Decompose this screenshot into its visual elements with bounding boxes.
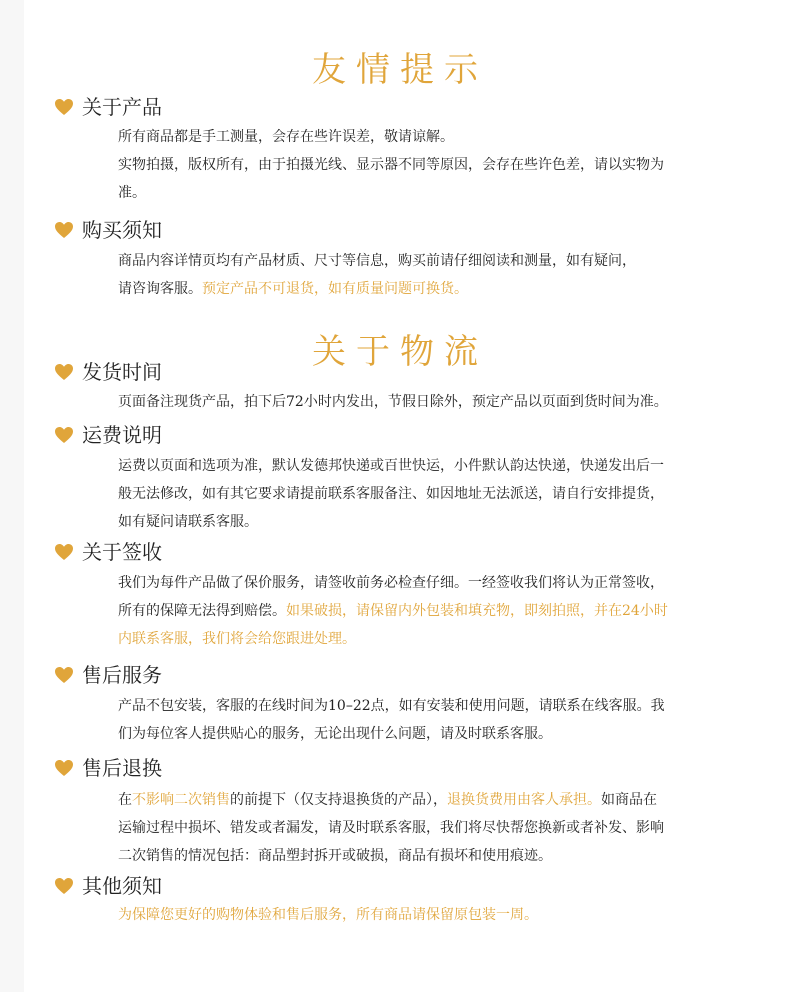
heading-label: 运费说明 — [82, 421, 162, 449]
text-line: 为保障您更好的购物体验和售后服务，所有商品请保留原包装一周。 — [118, 901, 738, 929]
body-text: 们为每位客人提供贴心的服务，无论出现什么问题，请及时联系客服。 — [118, 726, 552, 742]
heading-label: 购买须知 — [82, 216, 162, 244]
text-line: 在不影响二次销售的前提下（仅支持退换货的产品），退换货费用由客人承担。如商品在 — [118, 786, 738, 814]
text-line: 内联系客服，我们将会给您跟进处理。 — [118, 625, 738, 653]
body-text: 如有疑问请联系客服。 — [118, 514, 258, 530]
section-heading-after-sales: 售后服务 — [54, 661, 162, 689]
heart-icon — [54, 98, 74, 116]
body-text: 准。 — [118, 185, 146, 201]
text-line: 实物拍摄，版权所有，由于拍摄光线、显示器不同等原因，会存在些许色差，请以实物为 — [118, 151, 738, 179]
section-body-purchase: 商品内容详情页均有产品材质、尺寸等信息，购买前请仔细阅读和测量，如有疑问，请咨询… — [118, 247, 738, 303]
body-text: 页面备注现货产品，拍下后72小时内发出，节假日除外，预定产品以页面到货时间为准。 — [118, 394, 668, 410]
body-text: 所有商品都是手工测量，会存在些许误差，敬请谅解。 — [118, 129, 454, 145]
text-line: 运输过程中损坏、错发或者漏发，请及时联系客服，我们将尽快帮您换新或者补发、影响 — [118, 814, 738, 842]
heart-icon — [54, 363, 74, 381]
highlighted-text: 内联系客服，我们将会给您跟进处理。 — [118, 631, 356, 647]
highlighted-text: 不影响二次销售 — [132, 792, 230, 808]
body-text: 请咨询客服。 — [118, 281, 202, 297]
highlighted-text: 为保障您更好的购物体验和售后服务，所有商品请保留原包装一周。 — [118, 907, 538, 923]
body-text: 所有的保障无法得到赔偿。 — [118, 603, 286, 619]
body-text: 的前提下（仅支持退换货的产品）， — [230, 792, 447, 808]
text-line: 所有的保障无法得到赔偿。如果破损，请保留内外包装和填充物，即刻拍照，并在24小时 — [118, 597, 738, 625]
section-body-shipping-time: 页面备注现货产品，拍下后72小时内发出，节假日除外，预定产品以页面到货时间为准。 — [118, 388, 738, 416]
section-body-signing: 我们为每件产品做了保价服务，请签收前务必检查仔细。一经签收我们将认为正常签收，所… — [118, 569, 738, 653]
text-line: 般无法修改，如有其它要求请提前联系客服备注、如因地址无法派送，请自行安排提货， — [118, 480, 738, 508]
body-text: 商品内容详情页均有产品材质、尺寸等信息，购买前请仔细阅读和测量，如有疑问， — [118, 253, 636, 269]
section-heading-shipping-fee: 运费说明 — [54, 421, 162, 449]
heading-label: 关于签收 — [82, 538, 162, 566]
body-text: 我们为每件产品做了保价服务，请签收前务必检查仔细。一经签收我们将认为正常签收， — [118, 575, 664, 591]
section-heading-returns: 售后退换 — [54, 754, 162, 782]
section-body-after-sales: 产品不包安装，客服的在线时间为10–22点，如有安装和使用问题，请联系在线客服。… — [118, 692, 738, 748]
heart-icon — [54, 426, 74, 444]
left-margin-strip — [0, 0, 24, 992]
text-line: 请咨询客服。预定产品不可退货，如有质量问题可换货。 — [118, 275, 738, 303]
tips-title: 友情提示 — [0, 50, 800, 90]
heading-label: 关于产品 — [82, 93, 162, 121]
text-line: 商品内容详情页均有产品材质、尺寸等信息，购买前请仔细阅读和测量，如有疑问， — [118, 247, 738, 275]
section-body-shipping-fee: 运费以页面和选项为准，默认发德邦快递或百世快运，小件默认韵达快递，快递发出后一般… — [118, 452, 738, 536]
body-text: 二次销售的情况包括：商品塑封拆开或破损，商品有损坏和使用痕迹。 — [118, 848, 552, 864]
text-line: 产品不包安装，客服的在线时间为10–22点，如有安装和使用问题，请联系在线客服。… — [118, 692, 738, 720]
section-heading-purchase: 购买须知 — [54, 216, 162, 244]
heading-label: 其他须知 — [82, 872, 162, 900]
text-line: 所有商品都是手工测量，会存在些许误差，敬请谅解。 — [118, 123, 738, 151]
body-text: 在 — [118, 792, 132, 808]
text-line: 二次销售的情况包括：商品塑封拆开或破损，商品有损坏和使用痕迹。 — [118, 842, 738, 870]
text-line: 如有疑问请联系客服。 — [118, 508, 738, 536]
section-heading-signing: 关于签收 — [54, 538, 162, 566]
body-text: 实物拍摄，版权所有，由于拍摄光线、显示器不同等原因，会存在些许色差，请以实物为 — [118, 157, 664, 173]
heart-icon — [54, 877, 74, 895]
section-heading-shipping-time: 发货时间 — [54, 358, 162, 386]
heading-label: 售后退换 — [82, 754, 162, 782]
section-body-product: 所有商品都是手工测量，会存在些许误差，敬请谅解。实物拍摄，版权所有，由于拍摄光线… — [118, 123, 738, 207]
highlighted-text: 预定产品不可退货，如有质量问题可换货。 — [202, 281, 468, 297]
text-line: 页面备注现货产品，拍下后72小时内发出，节假日除外，预定产品以页面到货时间为准。 — [118, 388, 738, 416]
heart-icon — [54, 543, 74, 561]
body-text: 产品不包安装，客服的在线时间为10–22点，如有安装和使用问题，请联系在线客服。… — [118, 698, 665, 714]
body-text: 运费以页面和选项为准，默认发德邦快递或百世快运，小件默认韵达快递，快递发出后一 — [118, 458, 664, 474]
section-body-other: 为保障您更好的购物体验和售后服务，所有商品请保留原包装一周。 — [118, 901, 738, 929]
highlighted-text: 如果破损，请保留内外包装和填充物，即刻拍照，并在24小时 — [286, 603, 668, 619]
section-heading-other: 其他须知 — [54, 872, 162, 900]
heart-icon — [54, 221, 74, 239]
text-line: 我们为每件产品做了保价服务，请签收前务必检查仔细。一经签收我们将认为正常签收， — [118, 569, 738, 597]
highlighted-text: 退换货费用由客人承担。 — [447, 792, 601, 808]
text-line: 准。 — [118, 179, 738, 207]
text-line: 们为每位客人提供贴心的服务，无论出现什么问题，请及时联系客服。 — [118, 720, 738, 748]
heart-icon — [54, 666, 74, 684]
heading-label: 售后服务 — [82, 661, 162, 689]
text-line: 运费以页面和选项为准，默认发德邦快递或百世快运，小件默认韵达快递，快递发出后一 — [118, 452, 738, 480]
body-text: 般无法修改，如有其它要求请提前联系客服备注、如因地址无法派送，请自行安排提货， — [118, 486, 664, 502]
section-body-returns: 在不影响二次销售的前提下（仅支持退换货的产品），退换货费用由客人承担。如商品在运… — [118, 786, 738, 870]
section-heading-product: 关于产品 — [54, 93, 162, 121]
body-text: 如商品在 — [601, 792, 657, 808]
heading-label: 发货时间 — [82, 358, 162, 386]
heart-icon — [54, 759, 74, 777]
body-text: 运输过程中损坏、错发或者漏发，请及时联系客服，我们将尽快帮您换新或者补发、影响 — [118, 820, 664, 836]
